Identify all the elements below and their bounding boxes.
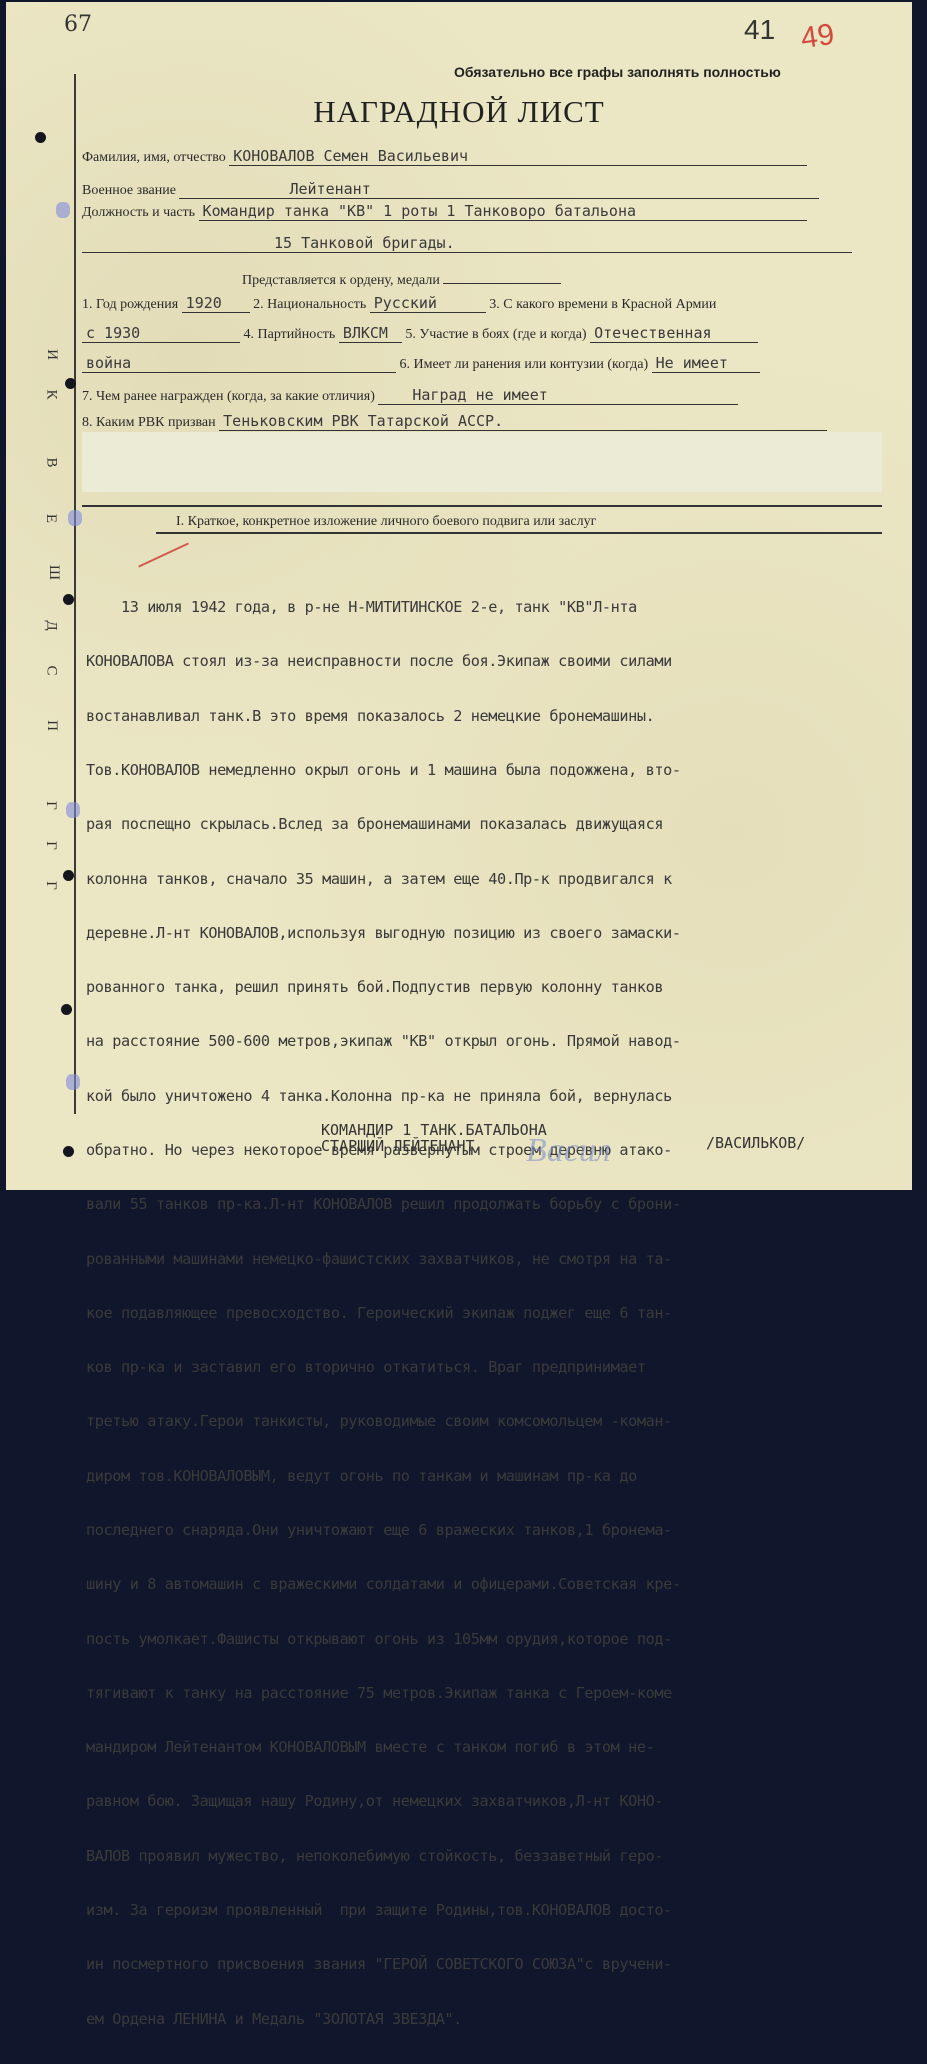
field-position: Должность и часть Командир танка "КВ" 1 … [82,202,807,221]
narrative-text: 13 июля 1942 года, в р-не Н-МИТИТИНСКОЕ … [86,562,896,1200]
document-title: НАГРАДНОЙ ЛИСТ [6,94,912,130]
ink-stain [56,202,70,218]
punch-hole-icon [61,1004,72,1015]
field-previous-awards: 7. Чем ранее награжден (когда, за какие … [82,386,738,405]
narrative-line: деревне.Л-нт КОНОВАЛОВ,используя выгодну… [86,924,896,942]
side-letter: С [43,665,60,675]
birth-year-value: 1920 [182,294,250,313]
signatory-rank: СТАРШИЙ ЛЕЙТЕНАНТ [321,1138,547,1154]
form-instruction: Обязательно все графы заполнять полность… [454,64,781,80]
previous-awards-label: 7. Чем ранее награжден (когда, за какие … [82,389,375,404]
birth-year-label: 1. Год рождения [82,297,178,312]
punch-hole-icon [63,1146,74,1157]
award-value [443,269,561,284]
archive-mark-black: 41 [744,14,775,46]
ink-stain [66,1074,80,1090]
side-letter: К [43,389,60,399]
rank-value: Лейтенант [179,180,819,199]
army-since-label: 3. С какого времени в Красной Армии [489,297,716,312]
nationality-label: 2. Национальность [253,297,366,312]
side-letter: Е [42,514,59,523]
rank-label: Военное звание [82,183,176,198]
conscription-value: Теньковским РВК Татарской АССР. [219,412,827,431]
punch-hole-icon [63,870,74,881]
side-letter: Ш [45,565,62,580]
position-label: Должность и часть [82,205,195,220]
field-rank: Военное звание Лейтенант [82,180,819,199]
field-position-line2: 15 Танковой бригады. [82,234,852,253]
side-letter: В [43,457,60,467]
field-row-6: война 6. Имеет ли ранения или контузии (… [82,354,760,373]
punch-hole-icon [65,378,76,389]
signatory-position: КОМАНДИР 1 ТАНК.БАТАЛЬОНА [321,1122,547,1138]
battles-value-line2: война [82,354,396,373]
ink-stain [66,802,80,818]
full-name-value: КОНОВАЛОВ Семен Васильевич [229,147,807,166]
battles-value-line1: Отечественная [590,324,758,343]
full-name-label: Фамилия, имя, отчество [82,150,226,165]
battles-label: 5. Участие в боях (где и когда) [405,327,586,342]
side-letter: Д [43,620,60,630]
section-title: I. Краткое, конкретное изложение личного… [176,514,596,530]
narrative-line: рая поспещно скрылась.Вслед за бронемаши… [86,815,896,833]
handwritten-signature: Васил [526,1132,611,1170]
side-letter: Г [42,881,59,890]
narrative-line: кой было уничтожено 4 танка.Колонна пр-к… [86,1087,896,1105]
narrative-line: колонна танков, сначало 35 машин, а зате… [86,870,896,888]
wounds-value: Не имеет [652,354,760,373]
field-row-1-3: 1. Год рождения 1920 2. Национальность Р… [82,294,716,313]
wounds-label: 6. Имеет ли ранения или контузии (когда) [400,357,649,372]
signature-block: КОМАНДИР 1 ТАНК.БАТАЛЬОНА СТАРШИЙ ЛЕЙТЕН… [321,1122,547,1154]
party-label: 4. Партийность [244,327,336,342]
narrative-line: КОНОВАЛОВА стоял из-за неисправности пос… [86,652,896,670]
field-full-name: Фамилия, имя, отчество КОНОВАЛОВ Семен В… [82,147,807,166]
narrative-line: востанавливал танк.В это время показалос… [86,707,896,725]
divider-line [156,532,882,534]
narrative-line: вали 55 танков пр-ка.Л-нт КОНОВАЛОВ реши… [86,1195,896,1200]
previous-awards-value: Наград не имеет [378,386,738,405]
signatory-name: /ВАСИЛЬКОВ/ [706,1134,805,1152]
ink-stain [68,510,82,526]
field-conscription: 8. Каким РВК призван Теньковским РВК Тат… [82,412,827,431]
position-value-line1: Командир танка "КВ" 1 роты 1 Танковоро б… [199,202,807,221]
narrative-line: рованного танка, решил принять бой.Подпу… [86,978,896,996]
archive-mark-red: 49 [799,18,837,56]
party-value: ВЛКСМ [339,324,402,343]
side-letter: Г [42,841,59,850]
redacted-area [82,432,882,492]
field-row-4-5: с 1930 4. Партийность ВЛКСМ 5. Участие в… [82,324,758,343]
punch-hole-icon [35,132,46,143]
conscription-label: 8. Каким РВК призван [82,415,216,430]
margin-line [74,74,76,1114]
narrative-line: 13 июля 1942 года, в р-не Н-МИТИТИНСКОЕ … [86,598,896,616]
award-sheet: 67 41 49 Обязательно все графы заполнять… [6,2,912,1190]
narrative-line: Тов.КОНОВАЛОВ немедленно окрыл огонь и 1… [86,761,896,779]
divider-line [82,505,882,507]
side-letter: И [43,349,60,360]
side-letter: П [43,720,60,731]
award-label: Представляется к ордену, медали [242,273,440,288]
punch-hole-icon [63,594,74,605]
page-number: 67 [64,12,92,37]
nationality-value: Русский [370,294,486,313]
army-since-value: с 1930 [82,324,240,343]
position-value-line2: 15 Танковой бригады. [82,234,852,253]
side-letter: Г [42,801,59,810]
field-award: Представляется к ордену, медали [242,269,561,289]
narrative-line: на расстояние 500-600 метров,экипаж "КВ"… [86,1032,896,1050]
